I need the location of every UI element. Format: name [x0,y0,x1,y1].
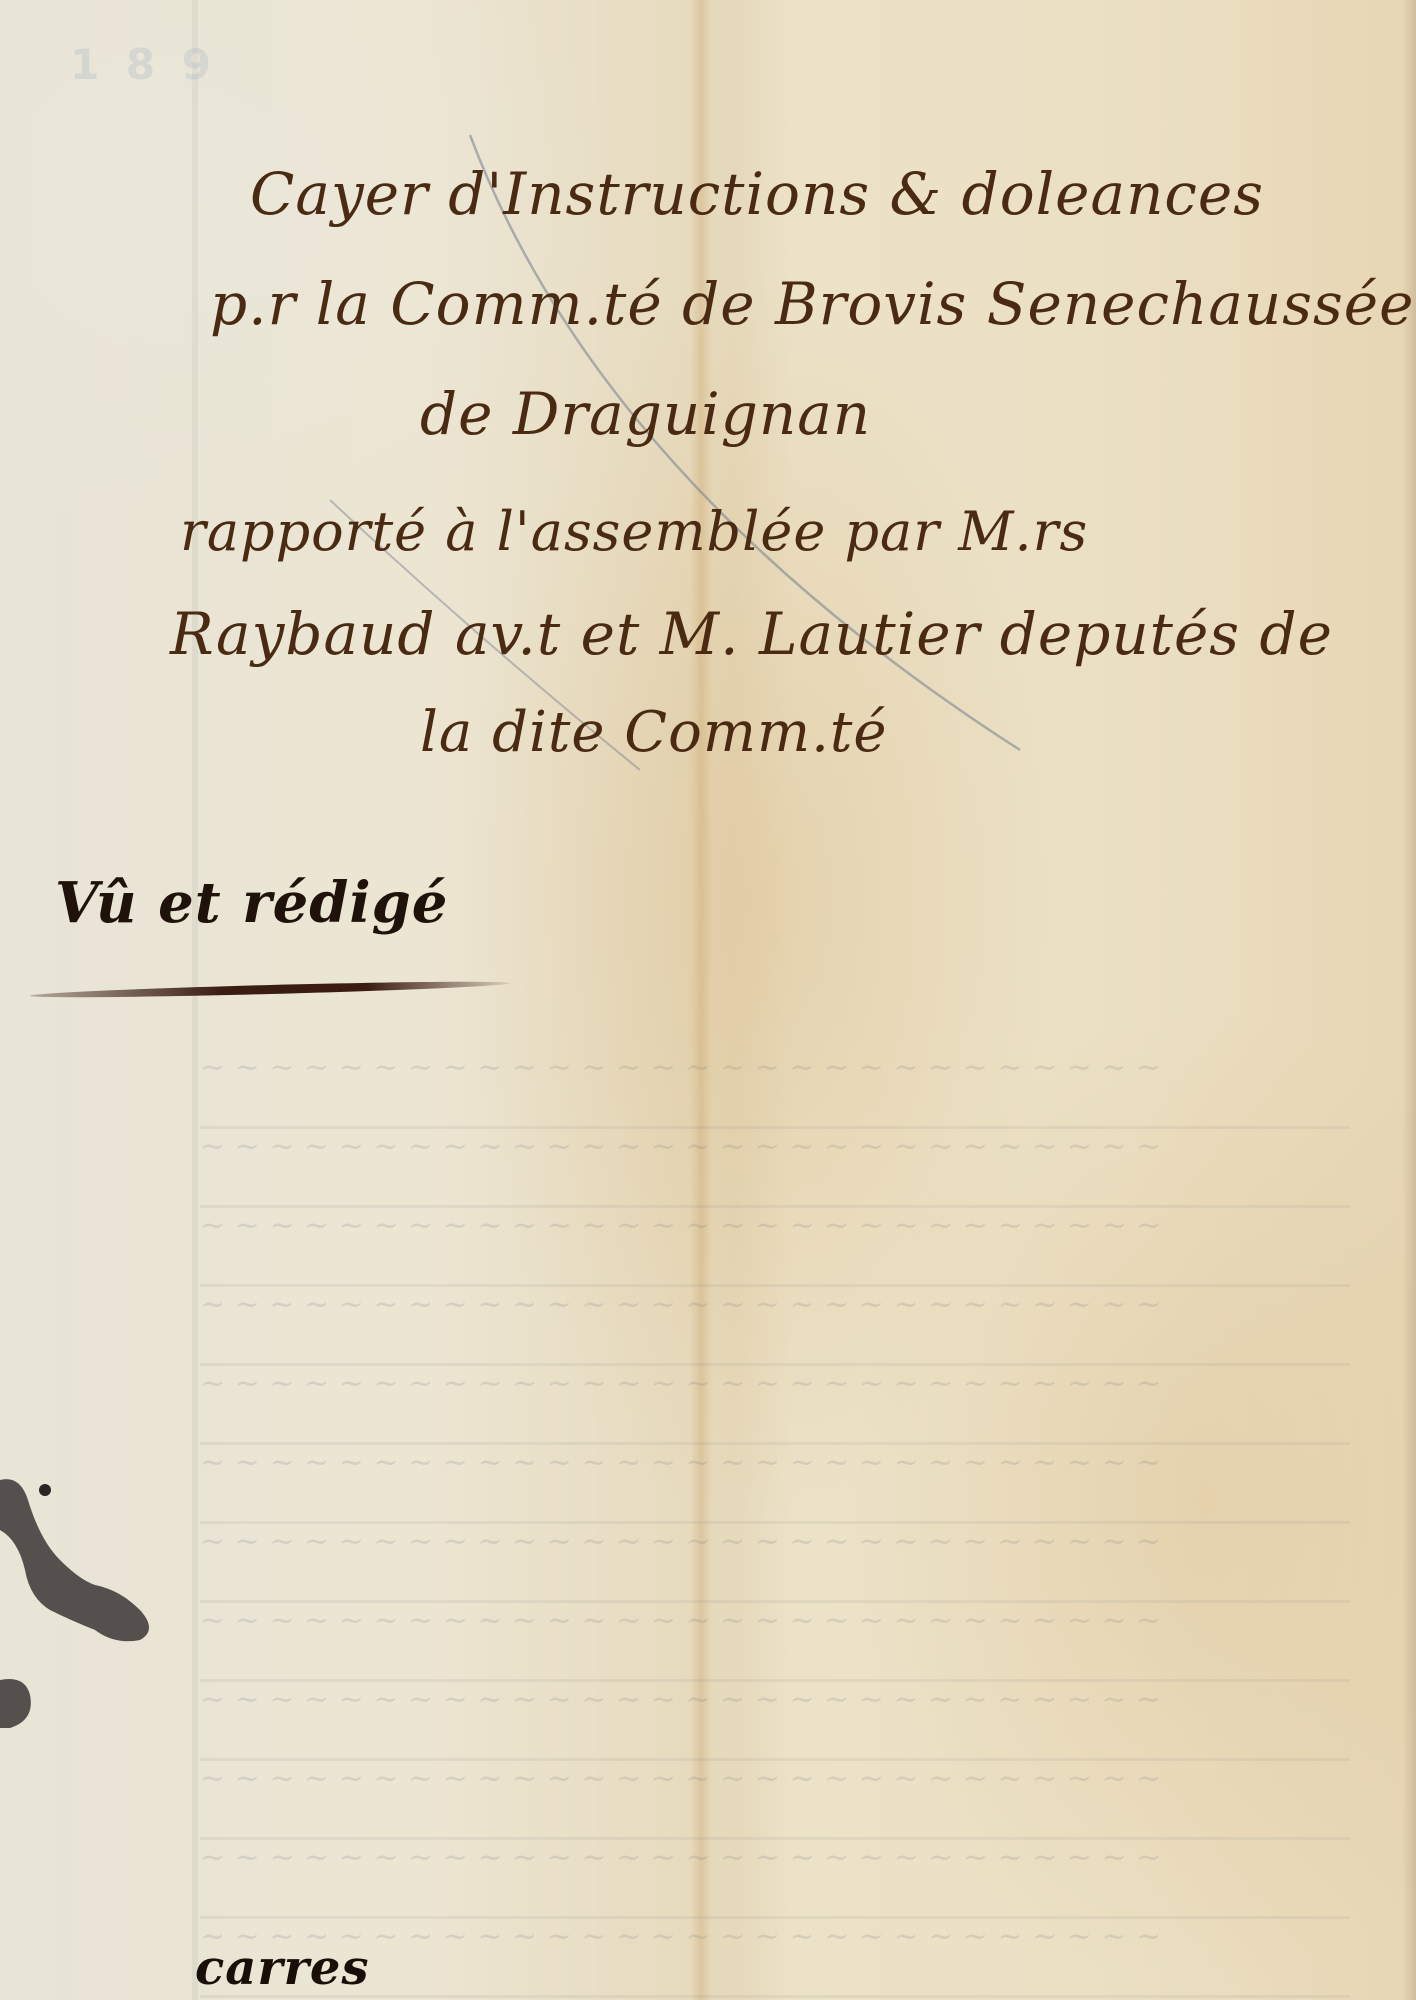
title-line-2: p.r la Comm.té de Brovis Senechaussée [210,270,1414,338]
bleed-line: ~ ~ ~ ~ ~ ~ ~ ~ ~ ~ ~ ~ ~ ~ ~ ~ ~ ~ ~ ~ … [200,1524,1350,1603]
bleed-line: ~ ~ ~ ~ ~ ~ ~ ~ ~ ~ ~ ~ ~ ~ ~ ~ ~ ~ ~ ~ … [200,1129,1350,1208]
bleed-line: ~ ~ ~ ~ ~ ~ ~ ~ ~ ~ ~ ~ ~ ~ ~ ~ ~ ~ ~ ~ … [200,1840,1350,1919]
bleed-line: ~ ~ ~ ~ ~ ~ ~ ~ ~ ~ ~ ~ ~ ~ ~ ~ ~ ~ ~ ~ … [200,1050,1350,1129]
title-line-5: Raybaud av.t et M. Lautier deputés de [170,600,1333,668]
bleed-line: ~ ~ ~ ~ ~ ~ ~ ~ ~ ~ ~ ~ ~ ~ ~ ~ ~ ~ ~ ~ … [200,1287,1350,1366]
margin-crease [192,0,198,2000]
title-line-4: rapporté à l'assemblée par M.rs [180,500,1088,563]
bleed-line: ~ ~ ~ ~ ~ ~ ~ ~ ~ ~ ~ ~ ~ ~ ~ ~ ~ ~ ~ ~ … [200,1366,1350,1445]
bleed-line: ~ ~ ~ ~ ~ ~ ~ ~ ~ ~ ~ ~ ~ ~ ~ ~ ~ ~ ~ ~ … [200,1919,1350,1998]
bleed-through-text: ~ ~ ~ ~ ~ ~ ~ ~ ~ ~ ~ ~ ~ ~ ~ ~ ~ ~ ~ ~ … [200,1050,1350,1998]
faint-stamp-bleed: 1 8 9 [70,40,350,100]
ink-stain [0,1470,160,1730]
bleed-line: ~ ~ ~ ~ ~ ~ ~ ~ ~ ~ ~ ~ ~ ~ ~ ~ ~ ~ ~ ~ … [200,1208,1350,1287]
bleed-line: ~ ~ ~ ~ ~ ~ ~ ~ ~ ~ ~ ~ ~ ~ ~ ~ ~ ~ ~ ~ … [200,1682,1350,1761]
title-line-6: la dite Comm.té [420,700,888,765]
annotation-vu-et-redige: Vû et rédigé [55,870,448,936]
manuscript-page: 1 8 9 ~ ~ ~ ~ ~ ~ ~ ~ ~ ~ ~ ~ ~ ~ ~ ~ ~ … [0,0,1416,2000]
bleed-line: ~ ~ ~ ~ ~ ~ ~ ~ ~ ~ ~ ~ ~ ~ ~ ~ ~ ~ ~ ~ … [200,1603,1350,1682]
bottom-text-fragment: carres [195,1940,369,1996]
annotation-underline [30,979,510,1001]
title-line-3: de Draguignan [420,380,871,448]
title-line-1: Cayer d'Instructions & doleances [250,160,1264,228]
bleed-line: ~ ~ ~ ~ ~ ~ ~ ~ ~ ~ ~ ~ ~ ~ ~ ~ ~ ~ ~ ~ … [200,1761,1350,1840]
bleed-line: ~ ~ ~ ~ ~ ~ ~ ~ ~ ~ ~ ~ ~ ~ ~ ~ ~ ~ ~ ~ … [200,1445,1350,1524]
